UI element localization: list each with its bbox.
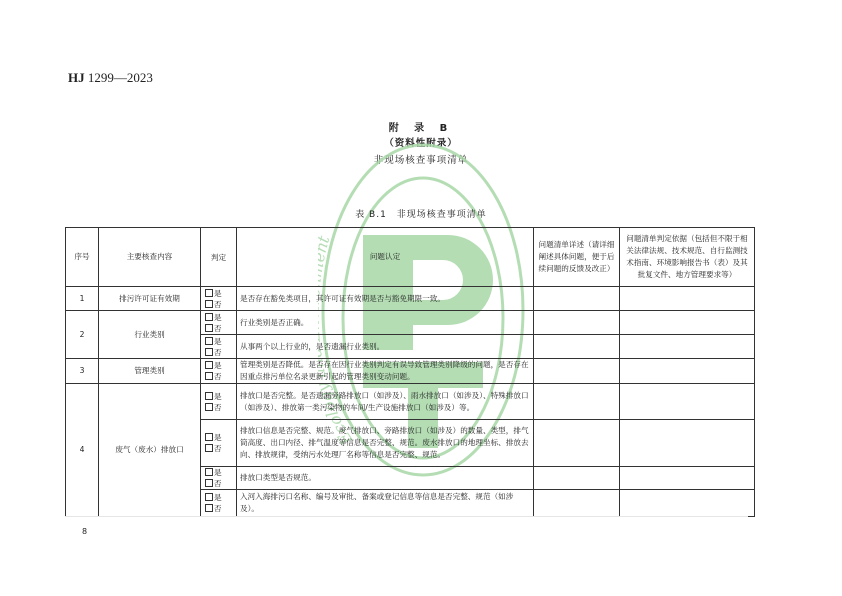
checkbox-label: 是	[214, 433, 222, 442]
header-no: 序号	[66, 228, 99, 287]
checkbox-yes[interactable]: 是	[205, 467, 233, 478]
standard-identifier: HJ 1299—2023	[68, 70, 153, 86]
check-item: 管理类别	[99, 359, 201, 384]
header-judge: 判定	[201, 228, 237, 287]
issue-text: 排放口信息是否完整、规范。废气排放口、旁路排放口（如涉及）的数量、类型，排气筒高…	[237, 420, 534, 467]
checkbox-label: 否	[214, 372, 222, 381]
judgement-cell: 是否	[201, 335, 237, 359]
checkbox-square-icon[interactable]	[205, 372, 213, 380]
check-item: 行业类别	[99, 311, 201, 359]
issue-basis-field[interactable]	[620, 384, 755, 420]
issue-detail-field[interactable]	[534, 311, 620, 335]
issue-text: 是否存在豁免类项目，其许可证有效期是否与豁免期限一致。	[237, 287, 534, 311]
page-number: 8	[82, 527, 87, 536]
checkbox-label: 是	[214, 337, 222, 346]
judgement-cell: 是否	[201, 384, 237, 420]
header-item: 主要核查内容	[99, 228, 201, 287]
issue-basis-field[interactable]	[620, 420, 755, 467]
checkbox-yes[interactable]: 是	[205, 492, 233, 503]
checkbox-no[interactable]: 否	[205, 299, 233, 310]
checkbox-yes[interactable]: 是	[205, 312, 233, 323]
checkbox-square-icon[interactable]	[205, 433, 213, 441]
issue-detail-field[interactable]	[534, 384, 620, 420]
checklist-table: 序号 主要核查内容 判定 问题认定 问题清单详述（请详细阐述具体问题，便于后续问…	[65, 227, 755, 517]
checkbox-yes[interactable]: 是	[205, 336, 233, 347]
checkbox-square-icon[interactable]	[205, 361, 213, 369]
checkbox-label: 是	[214, 313, 222, 322]
checkbox-square-icon[interactable]	[205, 504, 213, 512]
table-row: 2行业类别是否行业类别是否正确。	[66, 311, 755, 335]
checkbox-yes[interactable]: 是	[205, 391, 233, 402]
checkbox-label: 否	[214, 504, 222, 513]
checkbox-square-icon[interactable]	[205, 289, 213, 297]
checkbox-square-icon[interactable]	[205, 403, 213, 411]
standard-prefix: HJ	[68, 70, 85, 85]
checkbox-no[interactable]: 否	[205, 503, 233, 514]
issue-detail-field[interactable]	[534, 490, 620, 517]
checkbox-square-icon[interactable]	[205, 444, 213, 452]
checkbox-square-icon[interactable]	[205, 468, 213, 476]
judgement-cell: 是否	[201, 287, 237, 311]
checkbox-square-icon[interactable]	[205, 493, 213, 501]
issue-detail-field[interactable]	[534, 359, 620, 384]
table-row: 3管理类别是否管理类别是否降低。是否存在因行业类别判定有误导致管理类别降级的问题…	[66, 359, 755, 384]
checkbox-no[interactable]: 否	[205, 347, 233, 358]
checkbox-no[interactable]: 否	[205, 443, 233, 454]
issue-detail-field[interactable]	[534, 420, 620, 467]
issue-detail-field[interactable]	[534, 287, 620, 311]
judgement-cell: 是否	[201, 420, 237, 467]
checkbox-label: 是	[214, 493, 222, 502]
checkbox-label: 否	[214, 444, 222, 453]
issue-text: 入河入海排污口名称、编号及审批、备案或登记信息等信息是否完整、规范（如涉及）。	[237, 490, 534, 517]
table-row: 1排污许可证有效期是否是否存在豁免类项目，其许可证有效期是否与豁免期限一致。	[66, 287, 755, 311]
issue-basis-field[interactable]	[620, 467, 755, 490]
header-issue: 问题认定	[237, 228, 534, 287]
appendix-subtitle: （资料性附录）	[0, 135, 842, 149]
checkbox-label: 否	[214, 300, 222, 309]
footer-divider	[65, 516, 748, 517]
checkbox-square-icon[interactable]	[205, 337, 213, 345]
checkbox-label: 是	[214, 361, 222, 370]
header-detail: 问题清单详述（请详细阐述具体问题，便于后续问题的反馈及改正）	[534, 228, 620, 287]
checkbox-label: 是	[214, 468, 222, 477]
issue-basis-field[interactable]	[620, 359, 755, 384]
check-item: 废气（废水）排放口	[99, 384, 201, 517]
checkbox-label: 否	[214, 324, 222, 333]
checkbox-square-icon[interactable]	[205, 392, 213, 400]
table-body: 1排污许可证有效期是否是否存在豁免类项目，其许可证有效期是否与豁免期限一致。2行…	[66, 287, 755, 517]
table-caption: 表 B.1 非现场核查事项清单	[0, 207, 842, 220]
checkbox-label: 是	[214, 289, 222, 298]
table-row: 4废气（废水）排放口是否排放口是否完整。是否遗漏旁路排放口（如涉及）、雨水排放口…	[66, 384, 755, 420]
checkbox-label: 否	[214, 479, 222, 488]
row-number: 4	[66, 384, 99, 517]
checkbox-no[interactable]: 否	[205, 402, 233, 413]
checkbox-no[interactable]: 否	[205, 478, 233, 489]
checkbox-square-icon[interactable]	[205, 324, 213, 332]
issue-basis-field[interactable]	[620, 287, 755, 311]
judgement-cell: 是否	[201, 359, 237, 384]
issue-detail-field[interactable]	[534, 335, 620, 359]
checkbox-square-icon[interactable]	[205, 479, 213, 487]
checkbox-label: 是	[214, 392, 222, 401]
checkbox-yes[interactable]: 是	[205, 432, 233, 443]
checkbox-square-icon[interactable]	[205, 300, 213, 308]
appendix-name: 非现场核查事项清单	[0, 152, 842, 166]
check-item: 排污许可证有效期	[99, 287, 201, 311]
appendix-title: 附 录 B	[0, 119, 842, 134]
table-header-row: 序号 主要核查内容 判定 问题认定 问题清单详述（请详细阐述具体问题，便于后续问…	[66, 228, 755, 287]
judgement-cell: 是否	[201, 467, 237, 490]
row-number: 3	[66, 359, 99, 384]
header-basis: 问题清单判定依据（包括但不限于相关法律法规、技术规范、自行监测技术指南、环境影响…	[620, 228, 755, 287]
issue-basis-field[interactable]	[620, 335, 755, 359]
judgement-cell: 是否	[201, 490, 237, 517]
issue-basis-field[interactable]	[620, 490, 755, 517]
checkbox-square-icon[interactable]	[205, 313, 213, 321]
checkbox-square-icon[interactable]	[205, 348, 213, 356]
checkbox-no[interactable]: 否	[205, 371, 233, 382]
issue-text: 排放口是否完整。是否遗漏旁路排放口（如涉及）、雨水排放口（如涉及）、特殊排放口（…	[237, 384, 534, 420]
standard-number: 1299—2023	[88, 70, 153, 85]
checkbox-yes[interactable]: 是	[205, 360, 233, 371]
row-number: 2	[66, 311, 99, 359]
issue-detail-field[interactable]	[534, 467, 620, 490]
checkbox-yes[interactable]: 是	[205, 288, 233, 299]
row-number: 1	[66, 287, 99, 311]
issue-text: 从事两个以上行业的，是否遗漏行业类别。	[237, 335, 534, 359]
issue-text: 行业类别是否正确。	[237, 311, 534, 335]
judgement-cell: 是否	[201, 311, 237, 335]
checkbox-label: 否	[214, 403, 222, 412]
issue-text: 管理类别是否降低。是否存在因行业类别判定有误导致管理类别降级的问题，是否存在因重…	[237, 359, 534, 384]
checkbox-no[interactable]: 否	[205, 323, 233, 334]
checkbox-label: 否	[214, 348, 222, 357]
issue-text: 排放口类型是否规范。	[237, 467, 534, 490]
issue-basis-field[interactable]	[620, 311, 755, 335]
